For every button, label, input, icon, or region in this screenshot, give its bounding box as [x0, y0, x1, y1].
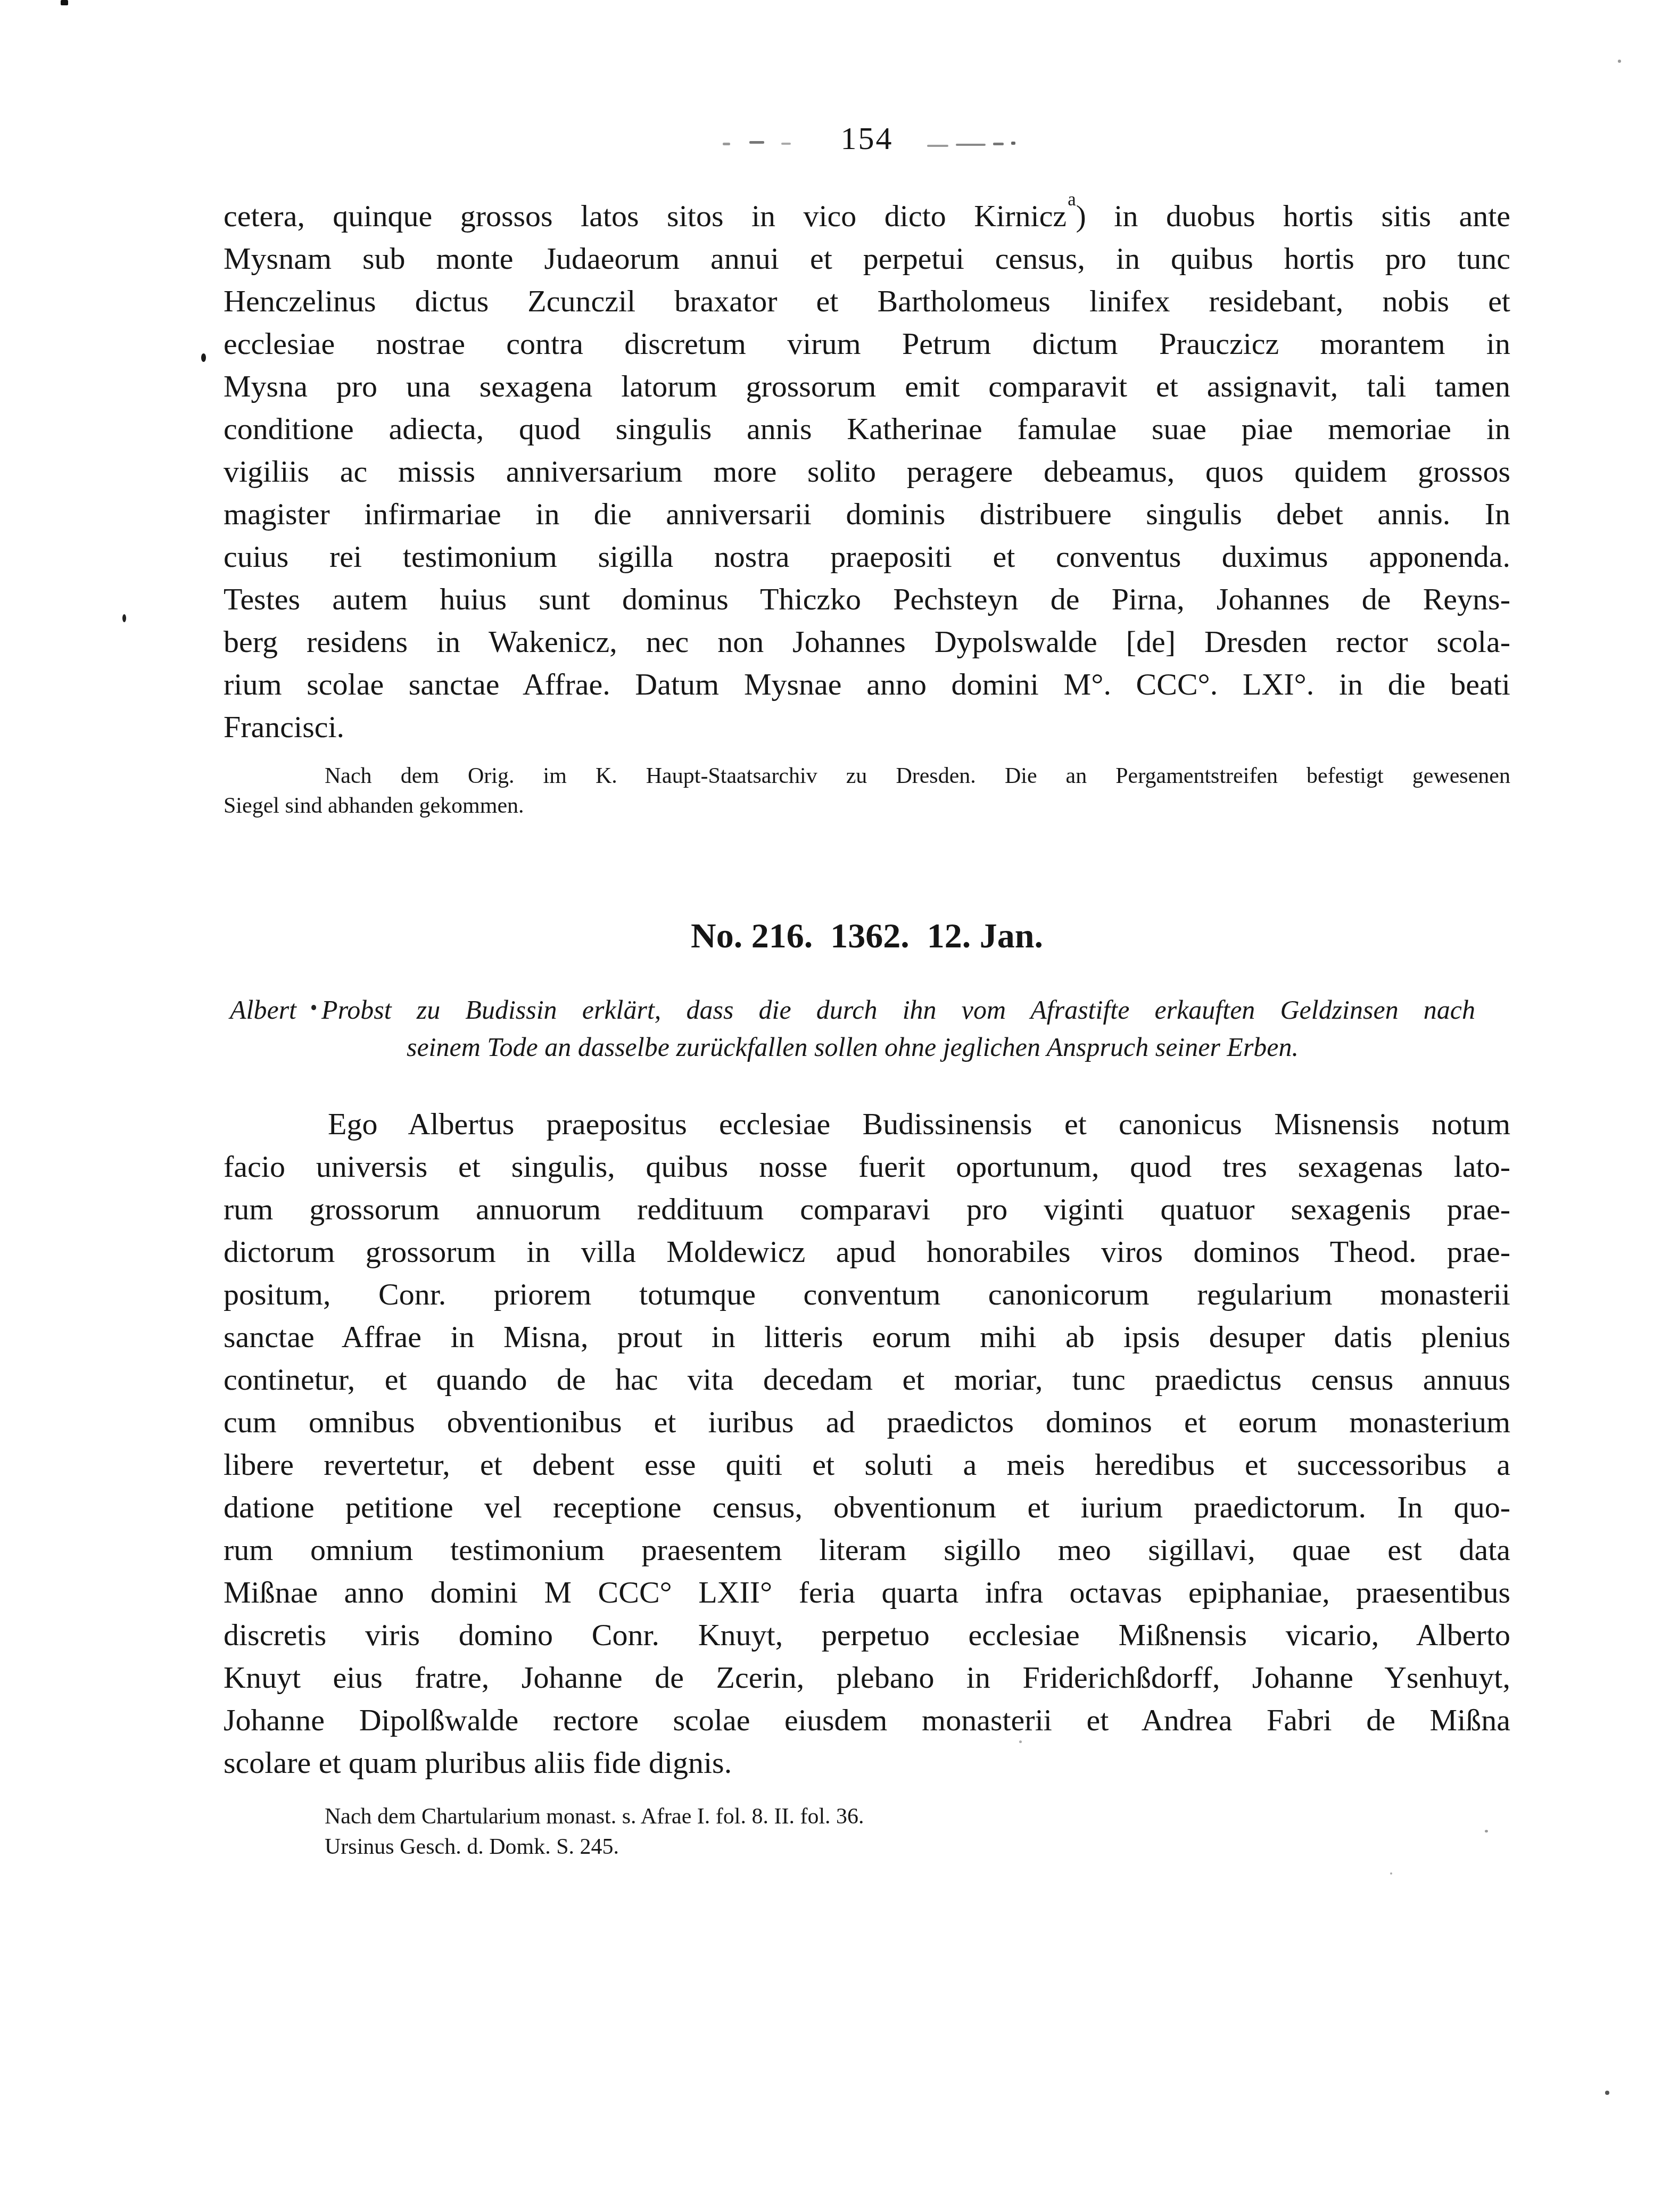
text-line: conditione adiecta, quod singulis annis …	[224, 408, 1510, 450]
summary-line: Albert Probst zu Budissin erklärt, dass …	[230, 991, 1475, 1028]
text-line: libere revertetur, et debent esse quiti …	[224, 1443, 1510, 1486]
text-line: Mißnae anno domini M CCC° LXII° feria qu…	[224, 1571, 1510, 1614]
text-line: Knuyt eius fratre, Johanne de Zcerin, pl…	[224, 1656, 1510, 1699]
text-line: discretis viris domino Conr. Knuyt, perp…	[224, 1614, 1510, 1656]
text-line: Ego Albertus praepositus ecclesiae Budis…	[224, 1103, 1510, 1145]
text-line: rum omnium testimonium praesentem litera…	[224, 1529, 1510, 1571]
text-line: berg residens in Wakenicz, nec non Johan…	[224, 621, 1510, 663]
text-line: vigiliis ac missis anniversarium more so…	[224, 450, 1510, 493]
source-note-line: Siegel sind abhanden gekommen.	[224, 791, 1510, 821]
text-line: rium scolae sanctae Affrae. Datum Mysnae…	[224, 663, 1510, 706]
text-run: ) in duobus hortis sitis ante	[1076, 199, 1510, 233]
scan-speck	[1605, 2091, 1609, 2095]
document-216-summary: Albert Probst zu Budissin erklärt, dass …	[230, 991, 1475, 1066]
source-note-line: Ursinus Gesch. d. Domk. S. 245.	[224, 1832, 1510, 1862]
text-line: dictorum grossorum in villa Moldewicz ap…	[224, 1231, 1510, 1273]
text-line: Johanne Dipolßwalde rectore scolae eiusd…	[224, 1699, 1510, 1741]
text-line: positum, Conr. priorem totumque conventu…	[224, 1273, 1510, 1316]
text-line: sanctae Affrae in Misna, prout in litter…	[224, 1316, 1510, 1358]
source-note-line: Nach dem Orig. im K. Haupt-Staatsarchiv …	[224, 761, 1510, 791]
text-line: scolare et quam pluribus aliis fide dign…	[224, 1741, 1510, 1784]
summary-line: seinem Tode an dasselbe zurückfallen sol…	[230, 1028, 1475, 1066]
text-line: ecclesiae nostrae contra discretum virum…	[224, 323, 1510, 365]
text-run: cetera, quinque grossos latos sitos in v…	[224, 199, 1067, 233]
text-line: continetur, et quando de hac vita deceda…	[224, 1358, 1510, 1401]
document-216-heading: No. 216. 1362. 12. Jan.	[224, 914, 1510, 958]
footnote-marker: a	[1068, 189, 1076, 210]
text-line: datione petitione vel receptione census,…	[224, 1486, 1510, 1529]
text-line: rum grossorum annuorum reddituum compara…	[224, 1188, 1510, 1231]
document-215-source-note: Nach dem Orig. im K. Haupt-Staatsarchiv …	[224, 761, 1510, 821]
text-line: facio universis et singulis, quibus noss…	[224, 1145, 1510, 1188]
document-215-body: cetera, quinque grossos latos sitos in v…	[224, 195, 1510, 748]
text-line: cetera, quinque grossos latos sitos in v…	[224, 195, 1510, 237]
text-line: magister infirmariae in die anniversarii…	[224, 493, 1510, 535]
source-note-line: Nach dem Chartularium monast. s. Afrae I…	[224, 1802, 1510, 1832]
scan-speck	[201, 353, 206, 362]
scan-speck	[1618, 60, 1621, 63]
scan-speck	[122, 614, 126, 622]
scan-speck	[61, 0, 68, 5]
document-216-body: Ego Albertus praepositus ecclesiae Budis…	[224, 1103, 1510, 1784]
scan-speck	[1390, 1872, 1392, 1875]
text-line: Testes autem huius sunt dominus Thiczko …	[224, 578, 1510, 621]
text-line: Mysnam sub monte Judaeorum annui et perp…	[224, 237, 1510, 280]
page-number: 154	[224, 121, 1510, 155]
text-line: Francisci.	[224, 706, 1510, 748]
text-line: cuius rei testimonium sigilla nostra pra…	[224, 535, 1510, 578]
text-line: Mysna pro una sexagena latorum grossorum…	[224, 365, 1510, 408]
text-line: Henczelinus dictus Zcunczil braxator et …	[224, 280, 1510, 323]
document-216-source-note: Nach dem Chartularium monast. s. Afrae I…	[224, 1802, 1510, 1862]
text-line: cum omnibus obventionibus et iuribus ad …	[224, 1401, 1510, 1443]
scanned-page: 154 cetera, quinque grossos latos sitos …	[0, 0, 1670, 2212]
